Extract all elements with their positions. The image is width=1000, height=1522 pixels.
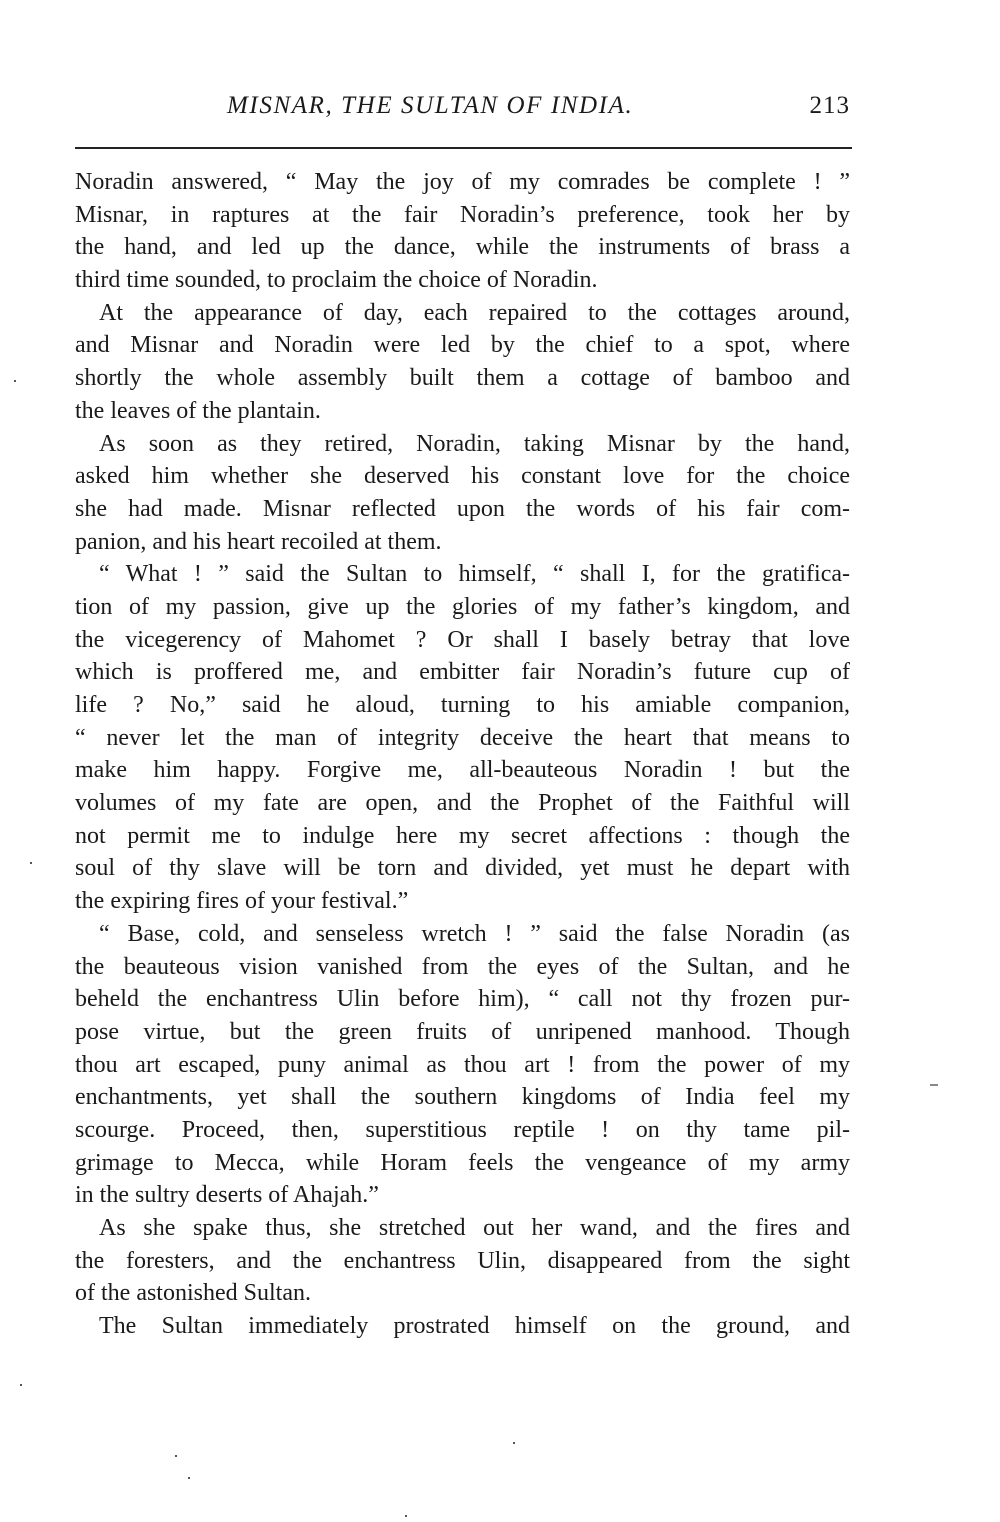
paragraph: As soon as they retired, Noradin, taking… xyxy=(75,428,850,559)
text-line: in the sultry deserts of Ahajah.” xyxy=(75,1179,850,1212)
text-line: asked him whether she deserved his const… xyxy=(75,460,850,493)
text-line: enchantments, yet shall the southern kin… xyxy=(75,1081,850,1114)
scan-speck xyxy=(14,380,16,382)
text-line: the beauteous vision vanished from the e… xyxy=(75,951,850,984)
text-line: panion, and his heart recoiled at them. xyxy=(75,526,850,559)
body-text: Noradin answered, “ May the joy of my co… xyxy=(75,166,850,1343)
text-line: “ never let the man of integrity deceive… xyxy=(75,722,850,755)
scan-speck xyxy=(405,1515,407,1517)
text-line: the expiring fires of your festival.” xyxy=(75,885,850,918)
text-line: make him happy. Forgive me, all-beauteou… xyxy=(75,754,850,787)
scan-speck xyxy=(930,1084,938,1086)
scan-speck xyxy=(175,1455,177,1457)
paragraph: As she spake thus, she stretched out her… xyxy=(75,1212,850,1310)
paragraph: “ Base, cold, and senseless wretch ! ” s… xyxy=(75,918,850,1212)
text-line: pose virtue, but the green fruits of unr… xyxy=(75,1016,850,1049)
text-line: not permit me to indulge here my secret … xyxy=(75,820,850,853)
paragraph: Noradin answered, “ May the joy of my co… xyxy=(75,166,850,297)
text-line: grimage to Mecca, while Horam feels the … xyxy=(75,1147,850,1180)
text-line: At the appearance of day, each repaired … xyxy=(75,297,850,330)
text-line: soul of thy slave will be torn and divid… xyxy=(75,852,850,885)
paragraph: “ What ! ” said the Sultan to himself, “… xyxy=(75,558,850,918)
text-line: the hand, and led up the dance, while th… xyxy=(75,231,850,264)
page-number: 213 xyxy=(810,92,851,120)
scan-speck xyxy=(188,1477,190,1479)
text-line: which is proffered me, and embitter fair… xyxy=(75,656,850,689)
text-line: thou art escaped, puny animal as thou ar… xyxy=(75,1049,850,1082)
text-line: As soon as they retired, Noradin, taking… xyxy=(75,428,850,461)
scan-speck xyxy=(30,862,32,864)
text-line: beheld the enchantress Ulin before him),… xyxy=(75,983,850,1016)
text-line: and Misnar and Noradin were led by the c… xyxy=(75,329,850,362)
text-line: the foresters, and the enchantress Ulin,… xyxy=(75,1245,850,1278)
text-line: the leaves of the plantain. xyxy=(75,395,850,428)
text-line: tion of my passion, give up the glories … xyxy=(75,591,850,624)
text-line: Misnar, in raptures at the fair Noradin’… xyxy=(75,199,850,232)
text-line: Noradin answered, “ May the joy of my co… xyxy=(75,166,850,199)
running-head: MISNAR, THE SULTAN OF INDIA. 213 xyxy=(75,92,850,132)
text-line: volumes of my fate are open, and the Pro… xyxy=(75,787,850,820)
text-line: “ What ! ” said the Sultan to himself, “… xyxy=(75,558,850,591)
running-title: MISNAR, THE SULTAN OF INDIA. xyxy=(227,92,633,120)
text-line: shortly the whole assembly built them a … xyxy=(75,362,850,395)
paragraph: The Sultan immediately prostrated himsel… xyxy=(75,1310,850,1343)
paragraph: At the appearance of day, each repaired … xyxy=(75,297,850,428)
text-line: of the astonished Sultan. xyxy=(75,1277,850,1310)
scan-speck xyxy=(513,1442,515,1444)
book-page: MISNAR, THE SULTAN OF INDIA. 213 Noradin… xyxy=(0,0,1000,1522)
text-line: life ? No,” said he aloud, turning to hi… xyxy=(75,689,850,722)
text-line: third time sounded, to proclaim the choi… xyxy=(75,264,850,297)
header-rule xyxy=(75,147,852,149)
text-line: As she spake thus, she stretched out her… xyxy=(75,1212,850,1245)
text-line: “ Base, cold, and senseless wretch ! ” s… xyxy=(75,918,850,951)
text-line: The Sultan immediately prostrated himsel… xyxy=(75,1310,850,1343)
text-line: the vicegerency of Mahomet ? Or shall I … xyxy=(75,624,850,657)
text-line: she had made. Misnar reflected upon the … xyxy=(75,493,850,526)
scan-speck xyxy=(20,1384,22,1386)
text-line: scourge. Proceed, then, superstitious re… xyxy=(75,1114,850,1147)
